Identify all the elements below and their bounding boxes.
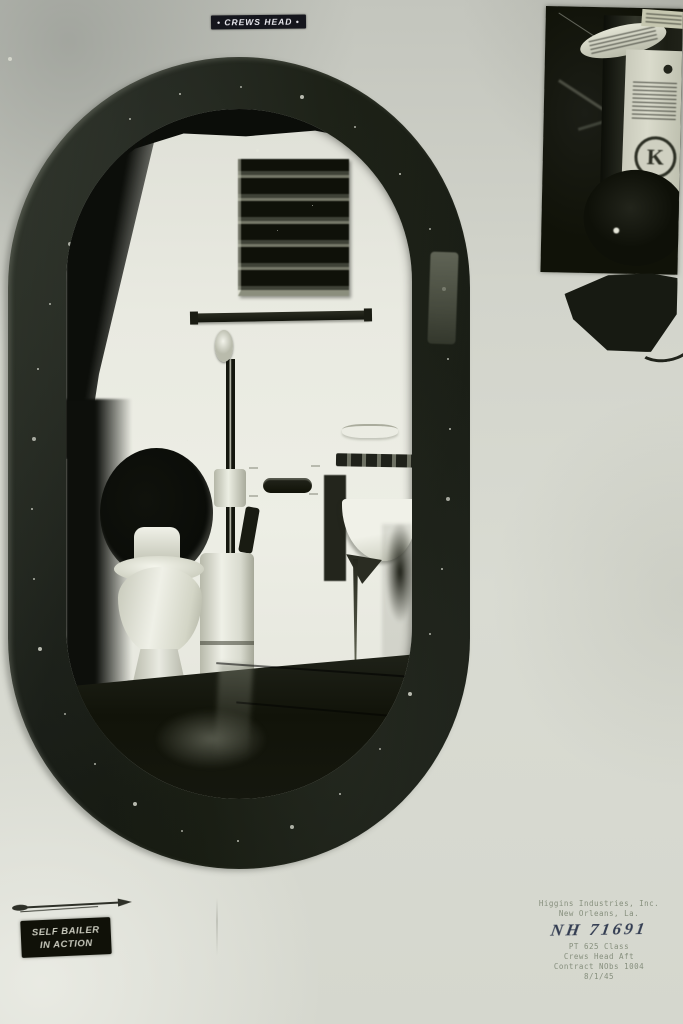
caption-line: PT 625 Class [518, 942, 680, 952]
inset-photo-fire-extinguisher: K [540, 6, 683, 275]
illegible-label-text [632, 82, 677, 124]
pump-handle-knob [215, 330, 233, 362]
under-sink-shadow [324, 475, 346, 581]
mount-bracket-arm [558, 79, 608, 113]
corner-tag-label [641, 9, 683, 29]
dust-specks [66, 109, 69, 112]
pump-coupling [214, 469, 246, 507]
pump-handle-rod [226, 359, 235, 569]
rivet-dots [8, 57, 12, 61]
soap-dish-shelf [342, 424, 398, 438]
caption-line: Contract NObs 1004 [518, 962, 680, 972]
caption-line: 8/1/45 [518, 972, 680, 982]
label-dot [663, 65, 672, 74]
caption-line: Higgins Industries, Inc. [518, 899, 680, 909]
self-bailer-label: SELF BAILER IN ACTION [20, 917, 112, 958]
floor-reflection [136, 699, 286, 779]
paper-crease [216, 898, 218, 956]
self-bailer-line2: IN ACTION [21, 937, 111, 952]
pen-scratch-mark [12, 894, 133, 916]
crews-head-label: • CREWS HEAD • [211, 15, 306, 30]
pump-lever [238, 506, 260, 554]
highlight-speck [613, 227, 619, 233]
towel-rail [336, 453, 412, 468]
extinguisher-bottom-cap [583, 169, 683, 267]
photograph: • CREWS HEAD • [0, 0, 683, 1024]
illegible-tag-text [645, 13, 682, 25]
louvered-vent-window [238, 159, 349, 296]
grab-rail [192, 310, 370, 322]
floor-reflection-streak [213, 663, 253, 785]
caption-block: Higgins Industries, Inc. New Orleans, La… [518, 899, 680, 982]
hinge-plate [427, 252, 458, 345]
hatch-opening [66, 109, 412, 799]
photo-number: NH 71691 [516, 919, 682, 942]
caption-line: New Orleans, La. [518, 909, 680, 919]
caption-line: Crews Head Aft [518, 952, 680, 962]
oval-hatch-ring [8, 57, 470, 869]
latch-markings [249, 465, 329, 499]
